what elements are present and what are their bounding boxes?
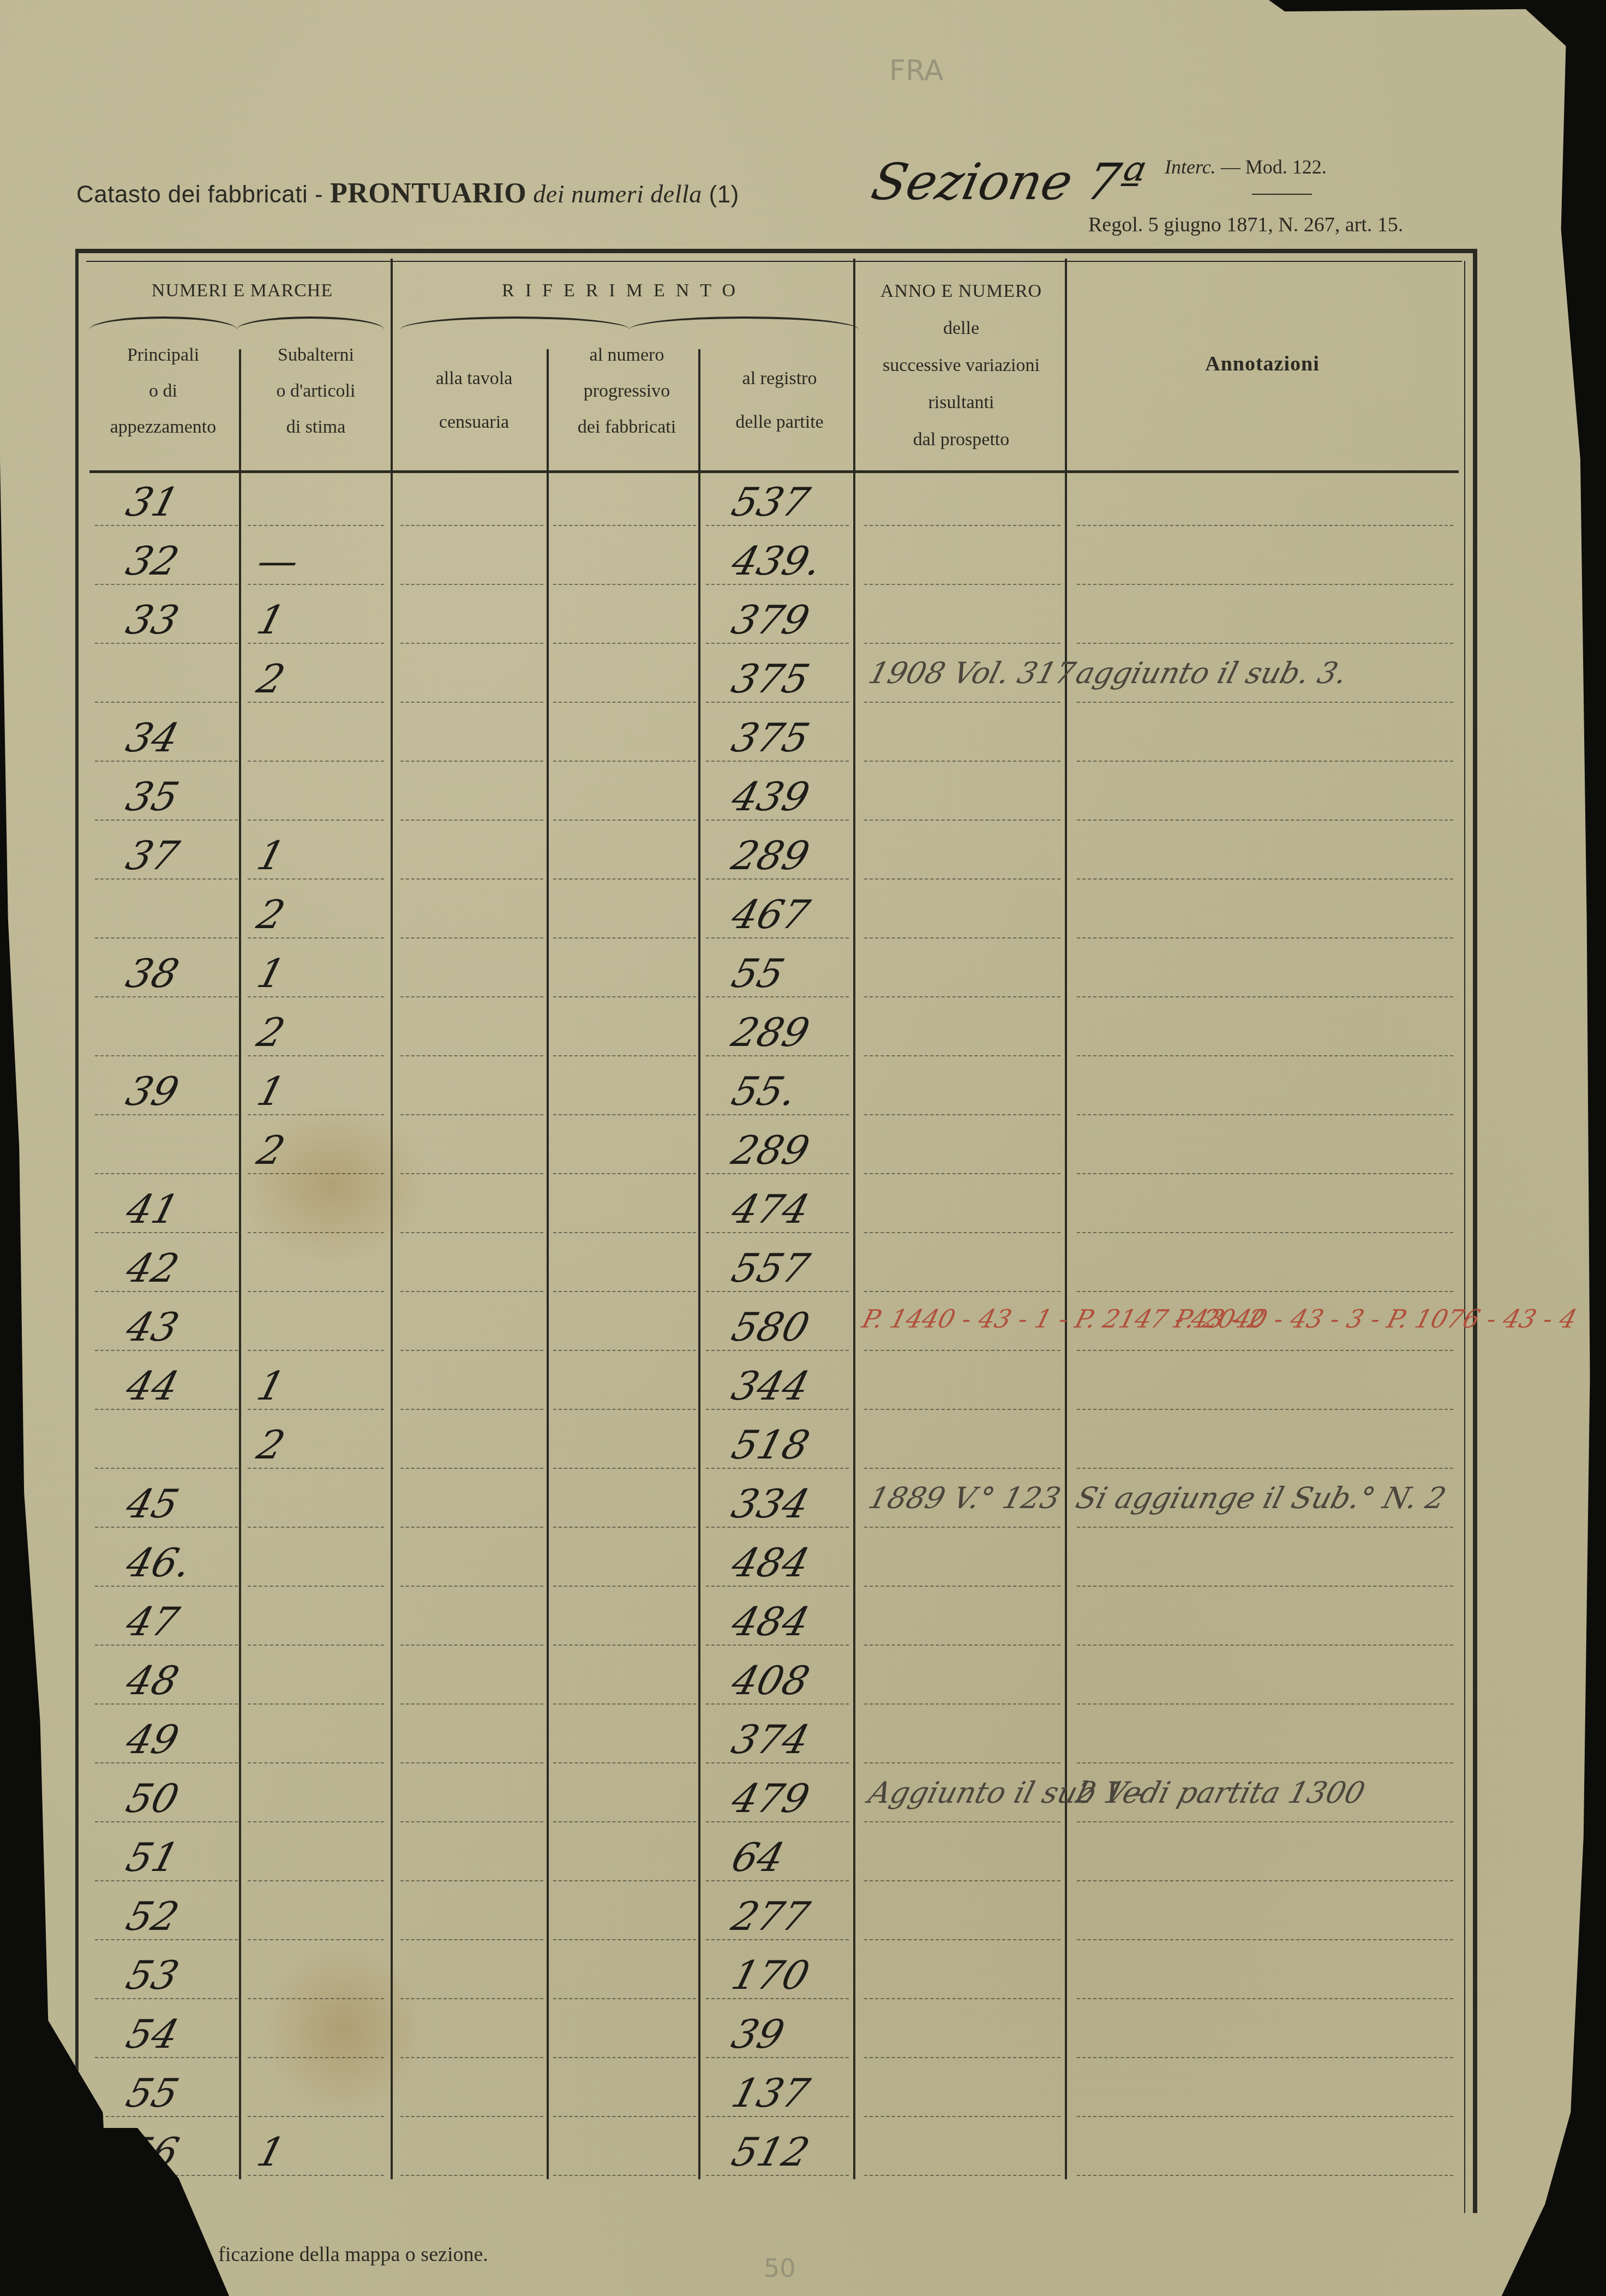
row-baseline bbox=[864, 1350, 1060, 1351]
row-baseline bbox=[706, 996, 849, 997]
row-baseline bbox=[553, 2057, 696, 2058]
document-page: Catasto dei fabbricati - PRONTUARIO dei … bbox=[0, 0, 1606, 2296]
row-baseline bbox=[864, 1173, 1060, 1174]
row-baseline bbox=[248, 584, 384, 585]
row-baseline bbox=[248, 1291, 384, 1292]
row-baseline bbox=[1077, 1703, 1453, 1705]
table-row: 2467 bbox=[79, 892, 1481, 950]
row-baseline bbox=[1077, 2175, 1453, 2176]
row-baseline bbox=[1077, 1350, 1453, 1351]
row-baseline bbox=[706, 1645, 849, 1646]
row-baseline bbox=[553, 1527, 696, 1528]
row-baseline bbox=[95, 878, 238, 880]
table-row: 50479Aggiunto il sub 1 -2 Vedi partita 1… bbox=[79, 1775, 1481, 1834]
cell-annotazioni: 2 Vedi partita 1300 bbox=[1072, 1775, 1369, 1810]
cell-subalterno: 1 bbox=[253, 1068, 290, 1114]
row-baseline bbox=[864, 525, 1060, 526]
row-baseline bbox=[95, 1409, 238, 1410]
row-baseline bbox=[248, 820, 384, 821]
cell-registro: 474 bbox=[727, 1186, 814, 1232]
cell-registro: 439. bbox=[727, 538, 827, 584]
row-baseline bbox=[400, 1468, 543, 1469]
row-baseline bbox=[864, 1998, 1060, 1999]
cell-principale: 38 bbox=[122, 950, 184, 996]
col-header-principali: Principali o di appezzamento bbox=[89, 337, 237, 445]
row-baseline bbox=[706, 878, 849, 880]
row-baseline bbox=[95, 1880, 238, 1881]
row-baseline bbox=[248, 937, 384, 938]
pencil-annotation-bottom: 50 bbox=[764, 2253, 796, 2283]
cell-principale: 34 bbox=[122, 715, 184, 761]
row-baseline bbox=[248, 1114, 384, 1115]
row-baseline bbox=[248, 1232, 384, 1233]
row-baseline bbox=[553, 1173, 696, 1174]
cell-anno-variazioni: 1908 Vol. 317 bbox=[865, 656, 1080, 690]
row-baseline bbox=[706, 1762, 849, 1763]
table-row: 47484 bbox=[79, 1599, 1481, 1658]
row-baseline bbox=[400, 2175, 543, 2176]
row-baseline bbox=[553, 761, 696, 762]
cell-registro: 55 bbox=[727, 950, 789, 996]
row-baseline bbox=[400, 1821, 543, 1822]
row-baseline bbox=[553, 702, 696, 703]
table-row: 48408 bbox=[79, 1658, 1481, 1717]
col-header-registro: al registro delle partite bbox=[706, 357, 853, 444]
table-row: 38155 bbox=[79, 950, 1481, 1009]
row-baseline bbox=[1077, 702, 1453, 703]
cell-anno-variazioni: 1889 V.° 123 bbox=[865, 1481, 1064, 1515]
row-baseline bbox=[95, 937, 238, 938]
cell-principale: 39 bbox=[122, 1068, 184, 1114]
row-baseline bbox=[95, 1821, 238, 1822]
cell-registro: 580 bbox=[727, 1304, 814, 1350]
cell-registro: 379 bbox=[727, 597, 814, 643]
row-baseline bbox=[248, 996, 384, 997]
table-row: 39155. bbox=[79, 1068, 1481, 1127]
cell-registro: 137 bbox=[727, 2070, 814, 2116]
row-baseline bbox=[95, 1998, 238, 1999]
row-baseline bbox=[1077, 1468, 1453, 1469]
row-baseline bbox=[553, 1939, 696, 1940]
cell-subalterno: — bbox=[253, 538, 304, 584]
table-row: 52277 bbox=[79, 1893, 1481, 1952]
row-baseline bbox=[864, 996, 1060, 997]
row-baseline bbox=[248, 1645, 384, 1646]
row-baseline bbox=[553, 2175, 696, 2176]
cell-registro: 537 bbox=[727, 479, 814, 525]
row-baseline bbox=[248, 1350, 384, 1351]
row-baseline bbox=[95, 1939, 238, 1940]
row-baseline bbox=[1077, 1409, 1453, 1410]
row-baseline bbox=[400, 1409, 543, 1410]
row-baseline bbox=[95, 996, 238, 997]
row-baseline bbox=[864, 1114, 1060, 1115]
row-baseline bbox=[400, 702, 543, 703]
row-baseline bbox=[95, 1586, 238, 1587]
row-baseline bbox=[864, 1645, 1060, 1646]
row-baseline bbox=[400, 1527, 543, 1528]
header-bottom-rule bbox=[89, 470, 1459, 473]
row-baseline bbox=[248, 1468, 384, 1469]
table-row: 441344 bbox=[79, 1363, 1481, 1422]
row-baseline bbox=[864, 2057, 1060, 2058]
cell-subalterno: 2 bbox=[253, 1009, 290, 1055]
row-baseline bbox=[1077, 1232, 1453, 1233]
cell-registro: 334 bbox=[727, 1481, 814, 1527]
table-row: 32—439. bbox=[79, 538, 1481, 597]
row-baseline bbox=[400, 1586, 543, 1587]
row-baseline bbox=[95, 1114, 238, 1115]
col-header-subalterni: Subalterni o d'articoli di stima bbox=[242, 337, 389, 445]
cell-registro: 484 bbox=[727, 1599, 814, 1645]
row-baseline bbox=[1077, 584, 1453, 585]
cell-registro: 479 bbox=[727, 1775, 814, 1821]
row-baseline bbox=[553, 643, 696, 644]
table-row: 35439 bbox=[79, 774, 1481, 833]
row-baseline bbox=[248, 2116, 384, 2117]
form-code-underline bbox=[1252, 194, 1312, 195]
row-baseline bbox=[864, 878, 1060, 880]
row-baseline bbox=[706, 1821, 849, 1822]
row-baseline bbox=[400, 1880, 543, 1881]
row-baseline bbox=[864, 1939, 1060, 1940]
row-baseline bbox=[706, 2057, 849, 2058]
col-header-progressivo: al numero progressivo dei fabbricati bbox=[553, 337, 700, 445]
row-baseline bbox=[706, 1350, 849, 1351]
row-baseline bbox=[95, 1173, 238, 1174]
row-baseline bbox=[553, 1114, 696, 1115]
row-baseline bbox=[1077, 761, 1453, 762]
row-baseline bbox=[400, 878, 543, 880]
row-baseline bbox=[553, 1998, 696, 1999]
col-header-anno-numero: ANNO E NUMERO delle successive variazion… bbox=[859, 273, 1064, 458]
row-baseline bbox=[400, 2116, 543, 2117]
row-baseline bbox=[95, 643, 238, 644]
row-baseline bbox=[248, 1055, 384, 1056]
row-baseline bbox=[400, 1350, 543, 1351]
col-header-tavola: alla tavola censuaria bbox=[400, 357, 548, 444]
row-baseline bbox=[706, 2116, 849, 2117]
row-baseline bbox=[95, 761, 238, 762]
cell-registro: 557 bbox=[727, 1245, 814, 1291]
row-baseline bbox=[248, 1821, 384, 1822]
cell-registro: 484 bbox=[727, 1540, 814, 1586]
row-baseline bbox=[400, 1703, 543, 1705]
row-baseline bbox=[553, 1409, 696, 1410]
table-row: 371289 bbox=[79, 833, 1481, 892]
cell-subalterno: 1 bbox=[253, 597, 290, 643]
row-baseline bbox=[864, 643, 1060, 644]
row-baseline bbox=[706, 1055, 849, 1056]
cell-principale: 47 bbox=[122, 1599, 184, 1645]
row-baseline bbox=[400, 820, 543, 821]
row-baseline bbox=[1077, 1998, 1453, 1999]
table-row: 41474 bbox=[79, 1186, 1481, 1245]
row-baseline bbox=[1077, 1586, 1453, 1587]
cell-subalterno: 2 bbox=[253, 892, 290, 937]
row-baseline bbox=[553, 1880, 696, 1881]
table-row: 561512 bbox=[79, 2129, 1481, 2188]
row-baseline bbox=[864, 761, 1060, 762]
table-row: 453341889 V.° 123Si aggiunge il Sub.° N.… bbox=[79, 1481, 1481, 1540]
cell-principale: 51 bbox=[122, 1834, 184, 1880]
row-baseline bbox=[706, 1114, 849, 1115]
row-baseline bbox=[864, 1527, 1060, 1528]
row-baseline bbox=[553, 878, 696, 880]
row-baseline bbox=[248, 702, 384, 703]
row-baseline bbox=[400, 1939, 543, 1940]
row-baseline bbox=[1077, 937, 1453, 938]
row-baseline bbox=[706, 1586, 849, 1587]
row-baseline bbox=[553, 525, 696, 526]
row-baseline bbox=[248, 1173, 384, 1174]
cell-principale: 46. bbox=[122, 1540, 196, 1586]
cell-principale: 48 bbox=[122, 1658, 184, 1703]
row-baseline bbox=[864, 820, 1060, 821]
row-baseline bbox=[400, 1114, 543, 1115]
row-baseline bbox=[400, 1762, 543, 1763]
row-baseline bbox=[1077, 1762, 1453, 1763]
row-baseline bbox=[706, 1527, 849, 1528]
row-baseline bbox=[95, 1762, 238, 1763]
row-baseline bbox=[95, 1291, 238, 1292]
row-baseline bbox=[553, 1645, 696, 1646]
cell-subalterno: 2 bbox=[253, 1422, 290, 1468]
table-row: 2289 bbox=[79, 1127, 1481, 1186]
table-row: 46.484 bbox=[79, 1540, 1481, 1599]
table-row: 43580P. 1440 - 43 - 1 - P. 2147 - 43 - 2… bbox=[79, 1304, 1481, 1363]
row-baseline bbox=[706, 525, 849, 526]
cell-principale: 32 bbox=[122, 538, 184, 584]
cell-registro: 375 bbox=[727, 656, 814, 702]
row-baseline bbox=[706, 1998, 849, 1999]
row-baseline bbox=[1077, 1173, 1453, 1174]
cell-registro: 408 bbox=[727, 1658, 814, 1703]
header-brace bbox=[89, 316, 237, 330]
cell-principale: 43 bbox=[122, 1304, 184, 1350]
row-baseline bbox=[95, 2057, 238, 2058]
cell-principale: 49 bbox=[122, 1717, 184, 1762]
row-baseline bbox=[248, 1409, 384, 1410]
row-baseline bbox=[95, 820, 238, 821]
row-baseline bbox=[400, 584, 543, 585]
cell-registro: 277 bbox=[727, 1893, 814, 1939]
col-header-annotazioni: Annotazioni bbox=[1066, 346, 1459, 382]
table-row: 42557 bbox=[79, 1245, 1481, 1304]
cell-principale: 53 bbox=[122, 1952, 184, 1998]
table-row: 34375 bbox=[79, 715, 1481, 774]
table-row: 2518 bbox=[79, 1422, 1481, 1481]
row-baseline bbox=[864, 937, 1060, 938]
cell-registro: 64 bbox=[727, 1834, 789, 1880]
row-baseline bbox=[553, 996, 696, 997]
cell-registro: 344 bbox=[727, 1363, 814, 1409]
row-baseline bbox=[1077, 820, 1453, 821]
row-baseline bbox=[1077, 1527, 1453, 1528]
cell-principale: 31 bbox=[122, 479, 184, 525]
row-baseline bbox=[95, 1468, 238, 1469]
row-baseline bbox=[1077, 1291, 1453, 1292]
row-baseline bbox=[95, 1645, 238, 1646]
row-baseline bbox=[400, 1173, 543, 1174]
row-baseline bbox=[248, 1703, 384, 1705]
cell-principale: 52 bbox=[122, 1893, 184, 1939]
title-prontuario: PRONTUARIO bbox=[330, 178, 526, 209]
row-baseline bbox=[248, 1527, 384, 1528]
row-baseline bbox=[400, 1232, 543, 1233]
row-baseline bbox=[248, 1762, 384, 1763]
row-baseline bbox=[400, 996, 543, 997]
cell-registro: 170 bbox=[727, 1952, 814, 1998]
row-baseline bbox=[1077, 1055, 1453, 1056]
form-code: Interc. — Mod. 122. bbox=[1165, 156, 1327, 178]
row-baseline bbox=[248, 1586, 384, 1587]
cell-subalterno: 2 bbox=[253, 1127, 290, 1173]
row-baseline bbox=[1077, 1645, 1453, 1646]
cell-subalterno: 2 bbox=[253, 656, 290, 702]
table-row: 31537 bbox=[79, 479, 1481, 538]
row-baseline bbox=[864, 1468, 1060, 1469]
row-baseline bbox=[1077, 643, 1453, 644]
row-baseline bbox=[400, 1645, 543, 1646]
cell-principale: 42 bbox=[122, 1245, 184, 1291]
row-baseline bbox=[248, 2175, 384, 2176]
table-row: 49374 bbox=[79, 1717, 1481, 1775]
row-baseline bbox=[400, 1055, 543, 1056]
cell-principale: 45 bbox=[122, 1481, 184, 1527]
row-baseline bbox=[706, 1173, 849, 1174]
row-baseline bbox=[1077, 2057, 1453, 2058]
row-baseline bbox=[1077, 878, 1453, 880]
table-row: 55137 bbox=[79, 2070, 1481, 2129]
row-baseline bbox=[400, 937, 543, 938]
row-baseline bbox=[864, 1880, 1060, 1881]
row-baseline bbox=[400, 2057, 543, 2058]
row-baseline bbox=[1077, 1114, 1453, 1115]
row-baseline bbox=[1077, 525, 1453, 526]
cell-registro: 518 bbox=[727, 1422, 814, 1468]
cell-principale: 44 bbox=[122, 1363, 184, 1409]
row-baseline bbox=[864, 1232, 1060, 1233]
row-baseline bbox=[553, 1291, 696, 1292]
cell-subalterno: 1 bbox=[253, 1363, 290, 1409]
cell-principale: 37 bbox=[122, 833, 184, 878]
cell-principale: 54 bbox=[122, 2011, 184, 2057]
row-baseline bbox=[248, 525, 384, 526]
row-baseline bbox=[864, 584, 1060, 585]
cell-registro: 512 bbox=[727, 2129, 814, 2175]
row-baseline bbox=[706, 584, 849, 585]
cell-annotazioni: Si aggiunge il Sub.° N. 2 bbox=[1072, 1481, 1450, 1515]
row-baseline bbox=[1077, 2116, 1453, 2117]
row-baseline bbox=[400, 525, 543, 526]
table-row: 53170 bbox=[79, 1952, 1481, 2011]
row-baseline bbox=[400, 1291, 543, 1292]
cell-annotazioni: aggiunto il sub. 3. bbox=[1072, 656, 1351, 690]
cell-subalterno: 1 bbox=[253, 950, 290, 996]
row-baseline bbox=[706, 1703, 849, 1705]
row-baseline bbox=[95, 1350, 238, 1351]
cell-registro: 289 bbox=[727, 1009, 814, 1055]
cell-principale: 50 bbox=[122, 1775, 184, 1821]
row-baseline bbox=[1077, 996, 1453, 997]
row-baseline bbox=[553, 1055, 696, 1056]
cell-subalterno: 1 bbox=[253, 2129, 290, 2175]
row-baseline bbox=[706, 1409, 849, 1410]
row-baseline bbox=[864, 1055, 1060, 1056]
row-baseline bbox=[248, 1998, 384, 1999]
row-baseline bbox=[95, 525, 238, 526]
row-baseline bbox=[553, 1762, 696, 1763]
cell-principale: 41 bbox=[122, 1186, 184, 1232]
row-baseline bbox=[553, 1468, 696, 1469]
row-baseline bbox=[706, 643, 849, 644]
row-baseline bbox=[95, 1703, 238, 1705]
row-baseline bbox=[553, 2116, 696, 2117]
cell-principale: 35 bbox=[122, 774, 184, 820]
row-baseline bbox=[248, 761, 384, 762]
row-baseline bbox=[553, 937, 696, 938]
row-baseline bbox=[248, 1880, 384, 1881]
row-baseline bbox=[95, 702, 238, 703]
form-title: Catasto dei fabbricati - PRONTUARIO dei … bbox=[76, 177, 739, 210]
group-header-numeri-marche: NUMERI E MARCHE bbox=[89, 273, 395, 309]
row-baseline bbox=[864, 2175, 1060, 2176]
regulation-reference: Regol. 5 giugno 1871, N. 267, art. 15. bbox=[1088, 213, 1403, 237]
row-baseline bbox=[706, 1880, 849, 1881]
section-handwritten: Sezione 7ª bbox=[867, 153, 1150, 211]
row-baseline bbox=[553, 1821, 696, 1822]
row-baseline bbox=[248, 878, 384, 880]
row-baseline bbox=[553, 1703, 696, 1705]
row-baseline bbox=[553, 1586, 696, 1587]
cell-registro: 55. bbox=[727, 1068, 802, 1114]
cell-subalterno: 1 bbox=[253, 833, 290, 878]
table-row: 2289 bbox=[79, 1009, 1481, 1068]
row-baseline bbox=[706, 1232, 849, 1233]
cell-registro: 289 bbox=[727, 1127, 814, 1173]
row-baseline bbox=[95, 1055, 238, 1056]
row-baseline bbox=[864, 702, 1060, 703]
row-baseline bbox=[864, 1821, 1060, 1822]
header-brace bbox=[630, 316, 859, 330]
header-brace bbox=[400, 316, 630, 330]
row-baseline bbox=[553, 820, 696, 821]
table-row: 331379 bbox=[79, 597, 1481, 656]
row-baseline bbox=[248, 2057, 384, 2058]
table-row: 5164 bbox=[79, 1834, 1481, 1893]
group-header-riferimento: RIFERIMENTO bbox=[395, 273, 853, 309]
row-baseline bbox=[864, 1291, 1060, 1292]
row-baseline bbox=[553, 1232, 696, 1233]
row-baseline bbox=[95, 2116, 238, 2117]
row-baseline bbox=[706, 761, 849, 762]
row-baseline bbox=[1077, 1939, 1453, 1940]
pencil-annotation-top: FRA bbox=[889, 55, 944, 87]
row-baseline bbox=[1077, 1821, 1453, 1822]
row-baseline bbox=[706, 820, 849, 821]
table-inner-border bbox=[86, 261, 1462, 262]
table-row: 23751908 Vol. 317aggiunto il sub. 3. bbox=[79, 656, 1481, 715]
cell-registro: 467 bbox=[727, 892, 814, 937]
row-baseline bbox=[248, 643, 384, 644]
header-brace bbox=[237, 316, 384, 330]
register-table: NUMERI E MARCHE RIFERIMENTO Principali o… bbox=[75, 249, 1477, 2213]
row-baseline bbox=[864, 1703, 1060, 1705]
row-baseline bbox=[864, 1409, 1060, 1410]
footnote: ficazione della mappa o sezione. bbox=[218, 2243, 488, 2267]
row-baseline bbox=[553, 1350, 696, 1351]
